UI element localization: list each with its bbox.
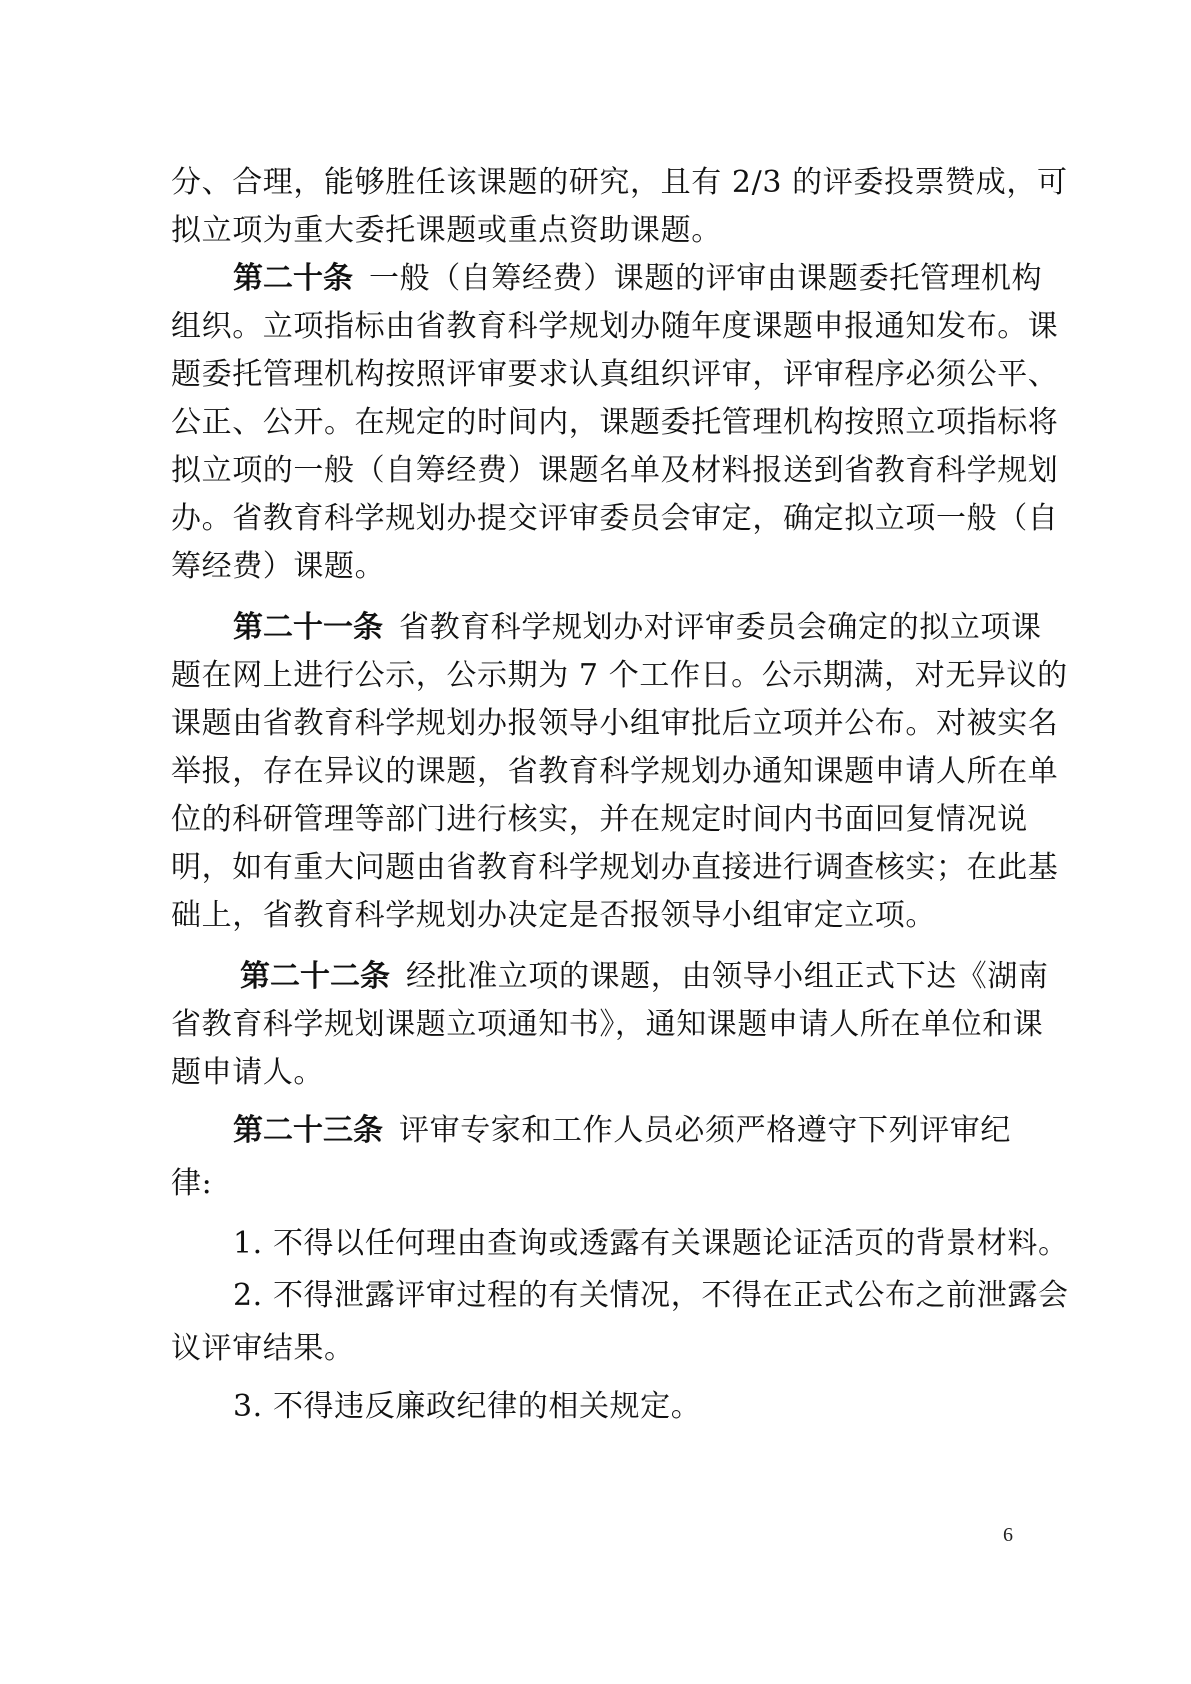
page-number: 6 [1003,1523,1013,1547]
paragraph-line: 位的科研管理等部门进行核实，并在规定时间内书面回复情况说 [171,800,917,840]
list-item: 1. 不得以任何理由查询或透露有关课题论证活页的背景材料。 [233,1224,917,1264]
paragraph-line: 础上，省教育科学规划办决定是否报领导小组审定立项。 [171,896,917,936]
paragraph-line: 律: [171,1164,917,1204]
paragraph-line: 议评审结果。 [171,1329,917,1369]
paragraph-line: 题在网上进行公示，公示期为 7 个工作日。公示期满，对无异议的 [171,656,917,696]
paragraph-line: 课题由省教育科学规划办报领导小组审批后立项并公布。对被实名 [171,704,917,744]
paragraph-text: 评审专家和工作人员必须严格遵守下列评审纪 [399,1113,1011,1148]
paragraph-line: 筹经费）课题。 [171,547,917,587]
list-item: 3. 不得违反廉政纪律的相关规定。 [233,1387,917,1427]
paragraph-line: 拟立项的一般（自筹经费）课题名单及材料报送到省教育科学规划 [171,451,917,491]
paragraph-text: 省教育科学规划办对评审委员会确定的拟立项课 [399,610,1042,645]
paragraph-line: 公正、公开。在规定的时间内，课题委托管理机构按照立项指标将 [171,403,917,443]
paragraph-line: 分、合理，能够胜任该课题的研究，且有 2/3 的评委投票赞成，可 [171,163,917,203]
article-23-first-line: 第二十三条评审专家和工作人员必须严格遵守下列评审纪 [233,1111,917,1151]
paragraph-line: 省教育科学规划课题立项通知书》，通知课题申请人所在单位和课 [171,1005,917,1045]
paragraph-text: 一般（自筹经费）课题的评审由课题委托管理机构 [369,261,1042,296]
article-heading: 第二十条 [233,261,353,296]
paragraph-line: 拟立项为重大委托课题或重点资助课题。 [171,211,917,251]
paragraph-line: 题申请人。 [171,1053,917,1093]
article-heading: 第二十三条 [233,1113,383,1148]
article-20-first-line: 第二十条一般（自筹经费）课题的评审由课题委托管理机构 [233,259,917,299]
article-heading: 第二十二条 [240,959,390,994]
article-heading: 第二十一条 [233,610,383,645]
document-page: 分、合理，能够胜任该课题的研究，且有 2/3 的评委投票赞成，可 拟立项为重大委… [0,0,1191,1684]
paragraph-text: 经批准立项的课题，由领导小组正式下达《湖南 [406,959,1049,994]
paragraph-line: 办。省教育科学规划办提交评审委员会审定，确定拟立项一般（自 [171,499,917,539]
paragraph-line: 组织。立项指标由省教育科学规划办随年度课题申报通知发布。课 [171,307,917,347]
article-22-first-line: 第二十二条经批准立项的课题，由领导小组正式下达《湖南 [240,957,917,997]
paragraph-line: 举报，存在异议的课题，省教育科学规划办通知课题申请人所在单 [171,752,917,792]
paragraph-line: 题委托管理机构按照评审要求认真组织评审，评审程序必须公平、 [171,355,917,395]
paragraph-line: 明，如有重大问题由省教育科学规划办直接进行调查核实；在此基 [171,848,917,888]
article-21-first-line: 第二十一条省教育科学规划办对评审委员会确定的拟立项课 [233,608,917,648]
list-item: 2. 不得泄露评审过程的有关情况，不得在正式公布之前泄露会 [233,1276,917,1316]
